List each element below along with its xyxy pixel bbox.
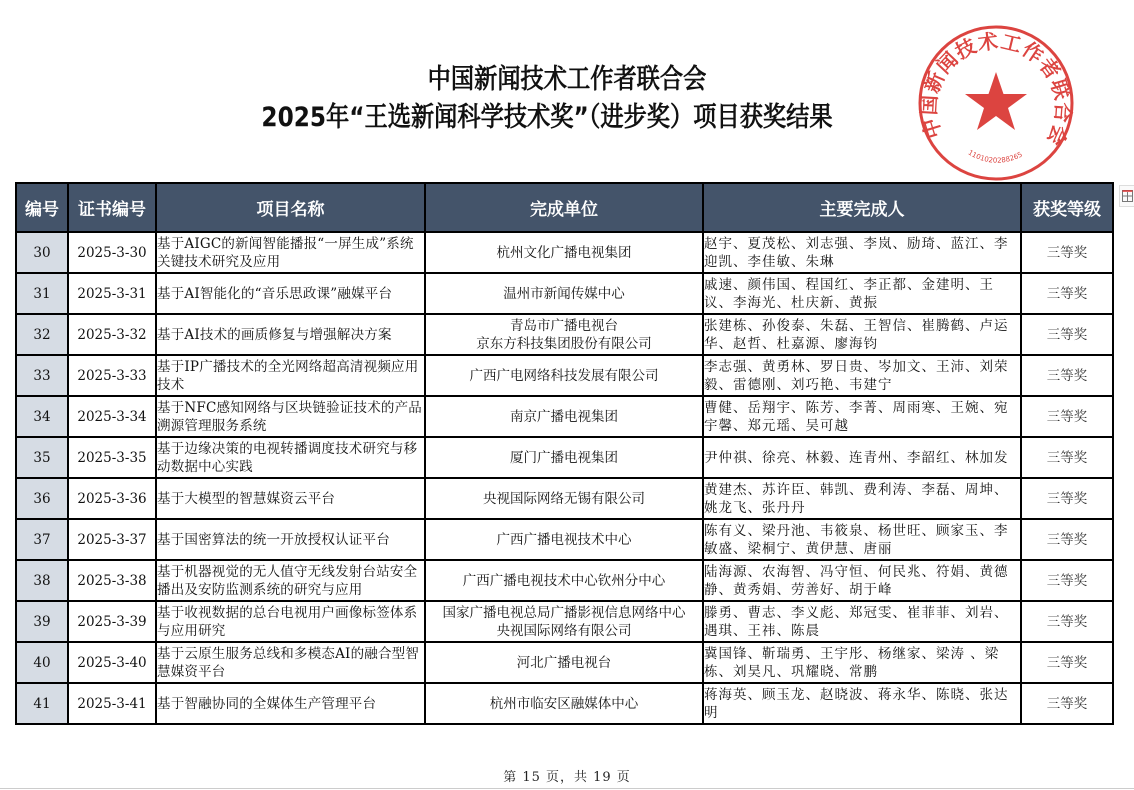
cell-people: 冀国锋、靳瑞勇、王宇彤、杨继家、梁涛 、梁栋、刘昊凡、巩耀晓、常鹏 bbox=[703, 642, 1021, 683]
table-row: 412025-3-41基于智融协同的全媒体生产管理平台杭州市临安区融媒体中心蒋海… bbox=[16, 683, 1113, 724]
cell-project-name: 基于云原生服务总线和多模态AI的融合型智慧媒资平台 bbox=[156, 642, 425, 683]
table-row: 332025-3-33基于IP广播技术的全光网络超高清视频应用技术广西广电网络科… bbox=[16, 355, 1113, 396]
table-row: 402025-3-40基于云原生服务总线和多模态AI的融合型智慧媒资平台河北广播… bbox=[16, 642, 1113, 683]
cell-people: 黄建杰、苏许臣、韩凯、费利涛、李磊、周坤、姚龙飞、张丹丹 bbox=[703, 478, 1021, 519]
header-award-level: 获奖等级 bbox=[1021, 183, 1113, 232]
cell-unit: 河北广播电视台 bbox=[425, 642, 703, 683]
unit-name: 国家广播电视总局广播影视信息网络中心 bbox=[426, 604, 702, 622]
cell-no: 32 bbox=[16, 314, 68, 355]
unit-name: 青岛市广播电视台 bbox=[426, 317, 702, 335]
cell-people: 曹健、岳翔宇、陈芳、李菁、周雨寒、王婉、宛宇馨、郑元瑶、吴可越 bbox=[703, 396, 1021, 437]
cell-project-name: 基于国密算法的统一开放授权认证平台 bbox=[156, 519, 425, 560]
table-row: 392025-3-39基于收视数据的总台电视用户画像标签体系与应用研究国家广播电… bbox=[16, 601, 1113, 642]
cell-no: 36 bbox=[16, 478, 68, 519]
page-number: 第 15 页，共 19 页 bbox=[0, 766, 1134, 785]
cell-people: 赵宇、夏茂松、刘志强、李岚、励琦、蓝江、李迎凯、李佳敏、朱琳 bbox=[703, 232, 1021, 273]
cell-cert-no: 2025-3-39 bbox=[68, 601, 156, 642]
cell-award-level: 三等奖 bbox=[1021, 519, 1113, 560]
cell-no: 31 bbox=[16, 273, 68, 314]
cell-unit: 杭州文化广播电视集团 bbox=[425, 232, 703, 273]
cell-project-name: 基于大模型的智慧媒资云平台 bbox=[156, 478, 425, 519]
table-row: 352025-3-35基于边缘决策的电视转播调度技术研究与移动数据中心实践厦门广… bbox=[16, 437, 1113, 478]
cell-people: 李志强、黄勇林、罗日贵、岑加文、王沛、刘荣毅、雷德刚、刘巧艳、韦建宁 bbox=[703, 355, 1021, 396]
cell-unit: 杭州市临安区融媒体中心 bbox=[425, 683, 703, 724]
cell-people: 滕勇、曹志、李义彪、郑冠雯、崔菲菲、刘岩、遇琪、王祎、陈晨 bbox=[703, 601, 1021, 642]
cell-award-level: 三等奖 bbox=[1021, 683, 1113, 724]
cell-people: 陆海源、农海智、冯守恒、何民兆、符娟、黄德静、黄秀娟、劳善好、胡于峰 bbox=[703, 560, 1021, 601]
cell-award-level: 三等奖 bbox=[1021, 478, 1113, 519]
header-unit: 完成单位 bbox=[425, 183, 703, 232]
cell-award-level: 三等奖 bbox=[1021, 601, 1113, 642]
cell-award-level: 三等奖 bbox=[1021, 642, 1113, 683]
cell-no: 37 bbox=[16, 519, 68, 560]
table-row: 372025-3-37基于国密算法的统一开放授权认证平台广西广播电视技术中心陈有… bbox=[16, 519, 1113, 560]
header-cert-no: 证书编号 bbox=[68, 183, 156, 232]
cell-cert-no: 2025-3-37 bbox=[68, 519, 156, 560]
cell-unit: 国家广播电视总局广播影视信息网络中心央视国际网络有限公司 bbox=[425, 601, 703, 642]
cell-unit: 广西广播电视技术中心 bbox=[425, 519, 703, 560]
cell-no: 35 bbox=[16, 437, 68, 478]
cell-cert-no: 2025-3-35 bbox=[68, 437, 156, 478]
cell-cert-no: 2025-3-30 bbox=[68, 232, 156, 273]
unit-name: 河北广播电视台 bbox=[426, 654, 702, 672]
cell-people: 张建栋、孙俊泰、朱磊、王智信、崔腾鹤、卢运华、赵哲、杜嘉源、廖海钧 bbox=[703, 314, 1021, 355]
cell-people: 戚速、颜伟国、程国红、李正都、金建明、王议、李海光、杜庆新、黄振 bbox=[703, 273, 1021, 314]
cell-unit: 温州市新闻传媒中心 bbox=[425, 273, 703, 314]
unit-name: 厦门广播电视集团 bbox=[426, 449, 702, 467]
cell-cert-no: 2025-3-36 bbox=[68, 478, 156, 519]
unit-name: 温州市新闻传媒中心 bbox=[426, 285, 702, 303]
cell-project-name: 基于机器视觉的无人值守无线发射台站安全播出及安防监测系统的研究与应用 bbox=[156, 560, 425, 601]
title-award-results: 2025年“王选新闻科学技术奖”（进步奖）项目获奖结果 bbox=[42, 100, 1052, 136]
unit-name: 广西广播电视技术中心 bbox=[426, 531, 702, 549]
cell-cert-no: 2025-3-32 bbox=[68, 314, 156, 355]
cell-award-level: 三等奖 bbox=[1021, 560, 1113, 601]
cell-award-level: 三等奖 bbox=[1021, 355, 1113, 396]
award-results-table: 编号 证书编号 项目名称 完成单位 主要完成人 获奖等级 302025-3-30… bbox=[15, 182, 1114, 725]
unit-name: 广西广播电视技术中心钦州分中心 bbox=[426, 572, 702, 590]
svg-text:1101020288265: 1101020288265 bbox=[967, 149, 1024, 165]
cell-cert-no: 2025-3-41 bbox=[68, 683, 156, 724]
cell-no: 40 bbox=[16, 642, 68, 683]
cell-no: 30 bbox=[16, 232, 68, 273]
unit-name: 杭州文化广播电视集团 bbox=[426, 244, 702, 262]
cell-project-name: 基于智融协同的全媒体生产管理平台 bbox=[156, 683, 425, 724]
cell-people: 尹仲祺、徐亮、林毅、连青州、李韶红、林加发 bbox=[703, 437, 1021, 478]
cell-cert-no: 2025-3-38 bbox=[68, 560, 156, 601]
cell-project-name: 基于NFC感知网络与区块链验证技术的产品溯源管理服务系统 bbox=[156, 396, 425, 437]
table-row: 322025-3-32基于AI技术的画质修复与增强解决方案青岛市广播电视台京东方… bbox=[16, 314, 1113, 355]
unit-name: 杭州市临安区融媒体中心 bbox=[426, 695, 702, 713]
table-tool-icon[interactable] bbox=[1119, 185, 1134, 207]
cell-cert-no: 2025-3-34 bbox=[68, 396, 156, 437]
unit-name: 京东方科技集团股份有限公司 bbox=[426, 335, 702, 353]
header-no: 编号 bbox=[16, 183, 68, 232]
unit-name: 央视国际网络有限公司 bbox=[426, 622, 702, 640]
cell-award-level: 三等奖 bbox=[1021, 396, 1113, 437]
cell-people: 陈有义、梁丹池、韦筱泉、杨世旺、顾家玉、李敏盛、梁桐宁、黄伊慧、唐丽 bbox=[703, 519, 1021, 560]
cell-no: 39 bbox=[16, 601, 68, 642]
page-divider bbox=[0, 788, 1134, 789]
table-row: 382025-3-38基于机器视觉的无人值守无线发射台站安全播出及安防监测系统的… bbox=[16, 560, 1113, 601]
table-row: 342025-3-34基于NFC感知网络与区块链验证技术的产品溯源管理服务系统南… bbox=[16, 396, 1113, 437]
header-project-name: 项目名称 bbox=[156, 183, 425, 232]
cell-unit: 青岛市广播电视台京东方科技集团股份有限公司 bbox=[425, 314, 703, 355]
table-row: 302025-3-30基于AIGC的新闻智能播报“一屏生成”系统关键技术研究及应… bbox=[16, 232, 1113, 273]
cell-award-level: 三等奖 bbox=[1021, 437, 1113, 478]
cell-project-name: 基于IP广播技术的全光网络超高清视频应用技术 bbox=[156, 355, 425, 396]
cell-cert-no: 2025-3-31 bbox=[68, 273, 156, 314]
table-row: 362025-3-36基于大模型的智慧媒资云平台央视国际网络无锡有限公司黄建杰、… bbox=[16, 478, 1113, 519]
cell-no: 34 bbox=[16, 396, 68, 437]
unit-name: 南京广播电视集团 bbox=[426, 408, 702, 426]
cell-no: 41 bbox=[16, 683, 68, 724]
official-seal-icon: 中国新闻技术工作者联合会 1101020288265 bbox=[915, 22, 1077, 184]
cell-award-level: 三等奖 bbox=[1021, 273, 1113, 314]
table-header-row: 编号 证书编号 项目名称 完成单位 主要完成人 获奖等级 bbox=[16, 183, 1113, 232]
cell-people: 蒋海英、顾玉龙、赵晓波、蒋永华、陈晓、张达明 bbox=[703, 683, 1021, 724]
cell-project-name: 基于AI技术的画质修复与增强解决方案 bbox=[156, 314, 425, 355]
cell-award-level: 三等奖 bbox=[1021, 232, 1113, 273]
header-people: 主要完成人 bbox=[703, 183, 1021, 232]
cell-unit: 南京广播电视集团 bbox=[425, 396, 703, 437]
cell-project-name: 基于边缘决策的电视转播调度技术研究与移动数据中心实践 bbox=[156, 437, 425, 478]
title-organization: 中国新闻技术工作者联合会 bbox=[79, 62, 1054, 98]
cell-cert-no: 2025-3-33 bbox=[68, 355, 156, 396]
cell-project-name: 基于收视数据的总台电视用户画像标签体系与应用研究 bbox=[156, 601, 425, 642]
cell-unit: 央视国际网络无锡有限公司 bbox=[425, 478, 703, 519]
table-row: 312025-3-31基于AI智能化的“音乐思政课”融媒平台温州市新闻传媒中心戚… bbox=[16, 273, 1113, 314]
unit-name: 广西广电网络科技发展有限公司 bbox=[426, 367, 702, 385]
cell-award-level: 三等奖 bbox=[1021, 314, 1113, 355]
cell-no: 33 bbox=[16, 355, 68, 396]
cell-no: 38 bbox=[16, 560, 68, 601]
cell-project-name: 基于AIGC的新闻智能播报“一屏生成”系统关键技术研究及应用 bbox=[156, 232, 425, 273]
cell-unit: 广西广播电视技术中心钦州分中心 bbox=[425, 560, 703, 601]
unit-name: 央视国际网络无锡有限公司 bbox=[426, 490, 702, 508]
cell-cert-no: 2025-3-40 bbox=[68, 642, 156, 683]
cell-unit: 厦门广播电视集团 bbox=[425, 437, 703, 478]
cell-unit: 广西广电网络科技发展有限公司 bbox=[425, 355, 703, 396]
cell-project-name: 基于AI智能化的“音乐思政课”融媒平台 bbox=[156, 273, 425, 314]
